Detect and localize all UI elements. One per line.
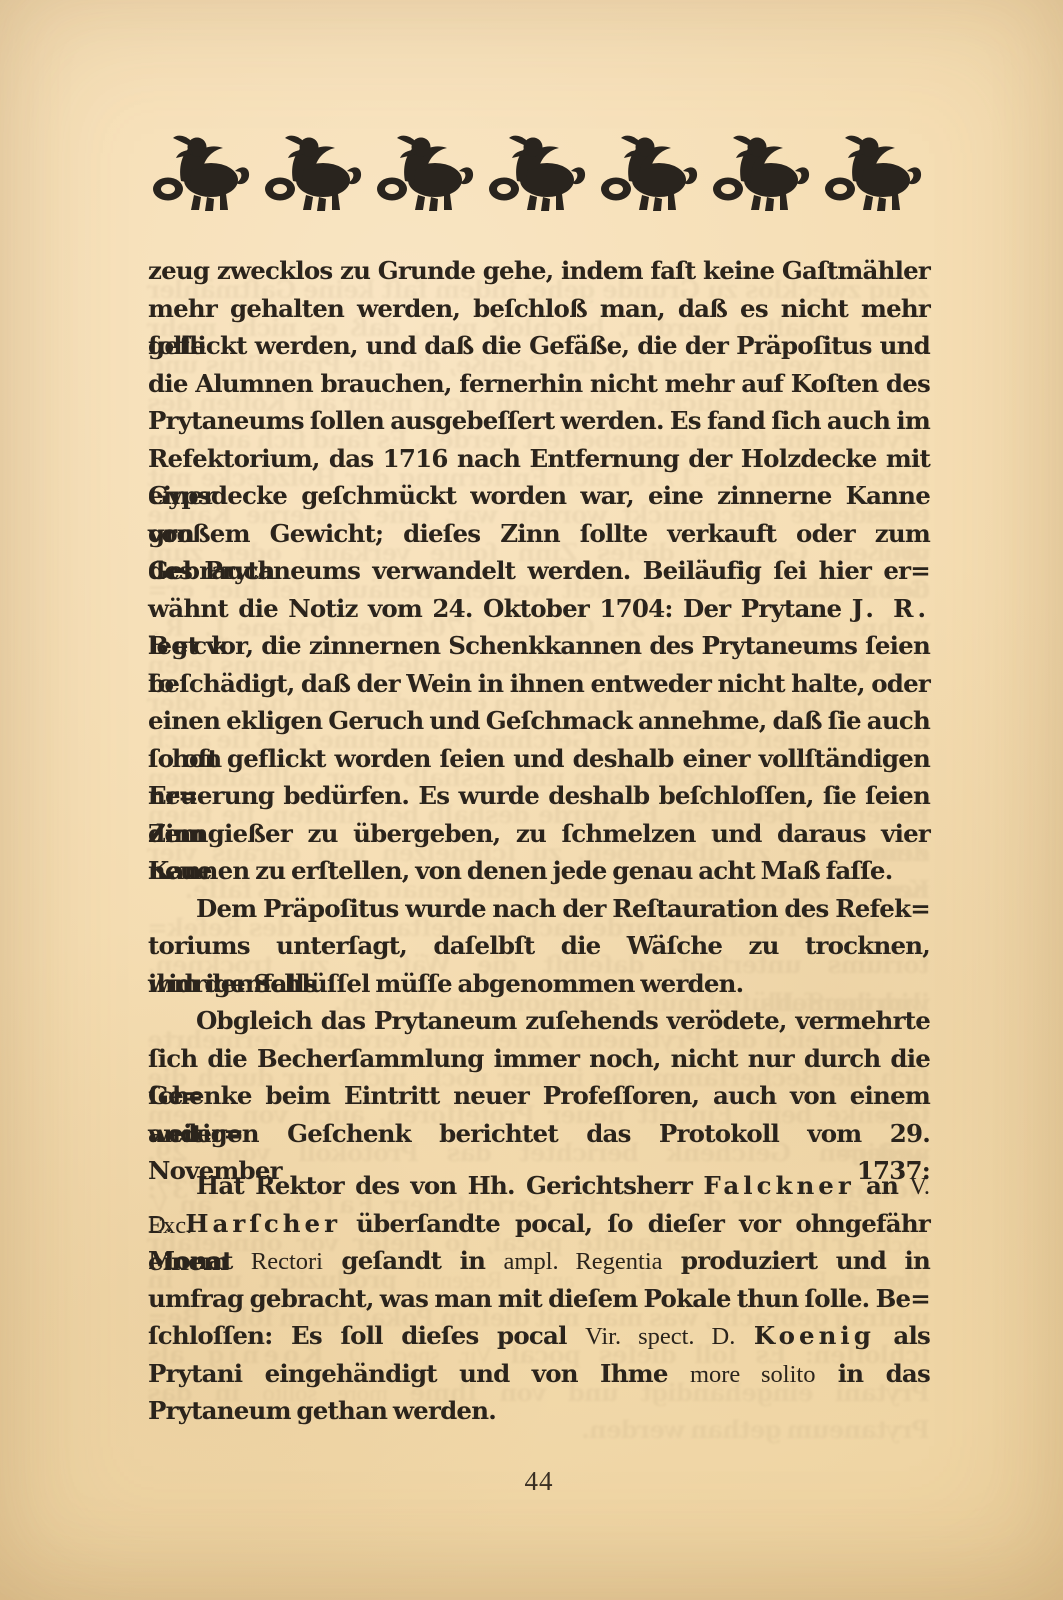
text-line: ſich die Becherſammlung immer noch, nich…	[148, 1040, 930, 1078]
fraktur-text: geflickt werden, und daß die Gefäße, die…	[148, 331, 930, 360]
text-line: ihm der Schlüſſel müſſe abgenommen werde…	[148, 965, 930, 1003]
fraktur-text: produziert und in	[663, 1246, 930, 1275]
fraktur-text: ſchloſſen: Es ſoll dieſes pocal	[148, 1321, 585, 1350]
fraktur-text: Monat	[148, 1246, 251, 1275]
fraktur-text: Kannen zu erſtellen, von denen jede gena…	[148, 856, 892, 885]
text-line: des Prytaneums verwandelt werden. Beiläu…	[148, 552, 930, 590]
text-line: Kannen zu erſtellen, von denen jede gena…	[148, 852, 930, 890]
text-line: Obgleich das Prytaneum zuſehends verödet…	[148, 1002, 930, 1040]
text-line: wähnt die Notiz vom 24. Oktober 1704: De…	[148, 590, 930, 628]
text-line: weitigen Geſchenk berichtet das Protokol…	[148, 1115, 930, 1153]
quoted-protocol-paragraph: Hat Rektor des von Hh. Gerichtsherr Falc…	[148, 1167, 930, 1430]
fraktur-text: in das	[815, 1359, 930, 1388]
fraktur-text: Hat Rektor des von Hh. Gerichtsherr	[196, 1171, 703, 1200]
spaced-name-text: Falckner	[703, 1171, 854, 1200]
page-text: zeug zwecklos zu Grunde gehe, indem faſt…	[148, 252, 930, 1430]
text-line: umfrag gebracht, was man mit dieſem Poka…	[148, 1280, 930, 1318]
fraktur-text: ihm der Schlüſſel müſſe abgenommen werde…	[148, 969, 743, 998]
antiqua-text: D.	[148, 1211, 185, 1238]
text-line: Zinngießer zu übergeben, zu ſchmelzen un…	[148, 815, 930, 853]
text-line: ſchloſſen: Es ſoll dieſes pocal Vir. spe…	[148, 1317, 930, 1355]
fraktur-text: Prytaneums ſollen ausgebeſſert werden. E…	[148, 406, 930, 435]
text-line: ſchenke beim Eintritt neuer Profeſſoren,…	[148, 1077, 930, 1115]
fraktur-text: Prytaneum gethan werden.	[148, 1396, 496, 1425]
fraktur-text	[735, 1321, 754, 1350]
fraktur-text: beſchädigt, daß der Wein in ihnen entwed…	[148, 669, 930, 698]
fraktur-text: wähnt die Notiz vom 24. Oktober 1704: De…	[148, 594, 852, 623]
dragon-ornament-icon	[150, 133, 250, 215]
fraktur-text: des Prytaneums verwandelt werden. Beiläu…	[148, 556, 930, 585]
fraktur-text: geſandt in	[323, 1246, 504, 1275]
spaced-name-text: Harſcher	[185, 1209, 341, 1238]
dragon-ornament-icon	[822, 133, 922, 215]
text-line: Dem Präpoſitus wurde nach der Reſtaurati…	[148, 890, 930, 928]
body-paragraph: Dem Präpoſitus wurde nach der Reſtaurati…	[148, 890, 930, 1003]
dragon-ornament-icon	[598, 133, 698, 215]
dragon-frieze-ornament	[150, 128, 922, 220]
text-line: beſchädigt, daß der Wein in ihnen entwed…	[148, 665, 930, 703]
fraktur-text: als	[875, 1321, 930, 1350]
fraktur-text: an	[855, 1171, 910, 1200]
text-line: mehr gehalten werden, beſchloß man, daß …	[148, 290, 930, 328]
body-paragraph: Obgleich das Prytaneum zuſehends verödet…	[148, 1002, 930, 1152]
text-line: Gypsdecke geſchmückt worden war, eine zi…	[148, 477, 930, 515]
spaced-name-text: Koenig	[754, 1321, 875, 1350]
text-line: die Alumnen brauchen, fernerhin nicht me…	[148, 365, 930, 403]
antiqua-text: Rectori	[251, 1248, 323, 1275]
fraktur-text: die Alumnen brauchen, fernerhin nicht me…	[148, 369, 930, 398]
text-line: D. Harſcher überſandte pocal, ſo dieſer …	[148, 1205, 930, 1243]
antiqua-text: Vir. spect. D.	[585, 1323, 735, 1350]
fraktur-text: zeug zwecklos zu Grunde gehe, indem faſt…	[148, 256, 930, 285]
dragon-ornament-icon	[262, 133, 362, 215]
text-line: einen ekligen Geruch und Geſchmack anneh…	[148, 702, 930, 740]
text-line: Hat Rektor des von Hh. Gerichtsherr Falc…	[148, 1167, 930, 1205]
text-line: Monat Rectori geſandt in ampl. Regentia …	[148, 1242, 930, 1280]
text-line: neuerung bedürfen. Es wurde deshalb beſc…	[148, 777, 930, 815]
fraktur-text: Obgleich das Prytaneum zuſehends verödet…	[196, 1006, 930, 1035]
antiqua-text: ampl. Regentia	[504, 1248, 663, 1275]
dragon-ornament-icon	[374, 133, 474, 215]
dragon-ornament-icon	[710, 133, 810, 215]
fraktur-text: umfrag gebracht, was man mit dieſem Poka…	[148, 1284, 930, 1313]
text-line: Refektorium, das 1716 nach Entfernung de…	[148, 440, 930, 478]
body-paragraph: zeug zwecklos zu Grunde gehe, indem faſt…	[148, 252, 930, 890]
text-line: zeug zwecklos zu Grunde gehe, indem faſt…	[148, 252, 930, 290]
text-line: toriums unterſagt, daſelbſt die Wäſche z…	[148, 927, 930, 965]
text-line: ſo oft geflickt worden ſeien und deshalb…	[148, 740, 930, 778]
antiqua-text: more solito	[690, 1361, 816, 1388]
dragon-ornament-icon	[486, 133, 586, 215]
text-line: Prytani eingehändigt und von Ihme more s…	[148, 1355, 930, 1393]
text-line: legt vor, die zinnernen Schenkkannen des…	[148, 627, 930, 665]
text-line: großem Gewicht; dieſes Zinn ſollte verka…	[148, 515, 930, 553]
fraktur-text: Dem Präpoſitus wurde nach der Reſtaurati…	[196, 894, 930, 923]
fraktur-text: Prytani eingehändigt und von Ihme	[148, 1359, 690, 1388]
text-line: Prytaneums ſollen ausgebeſſert werden. E…	[148, 402, 930, 440]
page-number: 44	[148, 1466, 930, 1497]
text-line: geflickt werden, und daß die Gefäße, die…	[148, 327, 930, 365]
text-line: Prytaneum gethan werden.	[148, 1392, 930, 1430]
